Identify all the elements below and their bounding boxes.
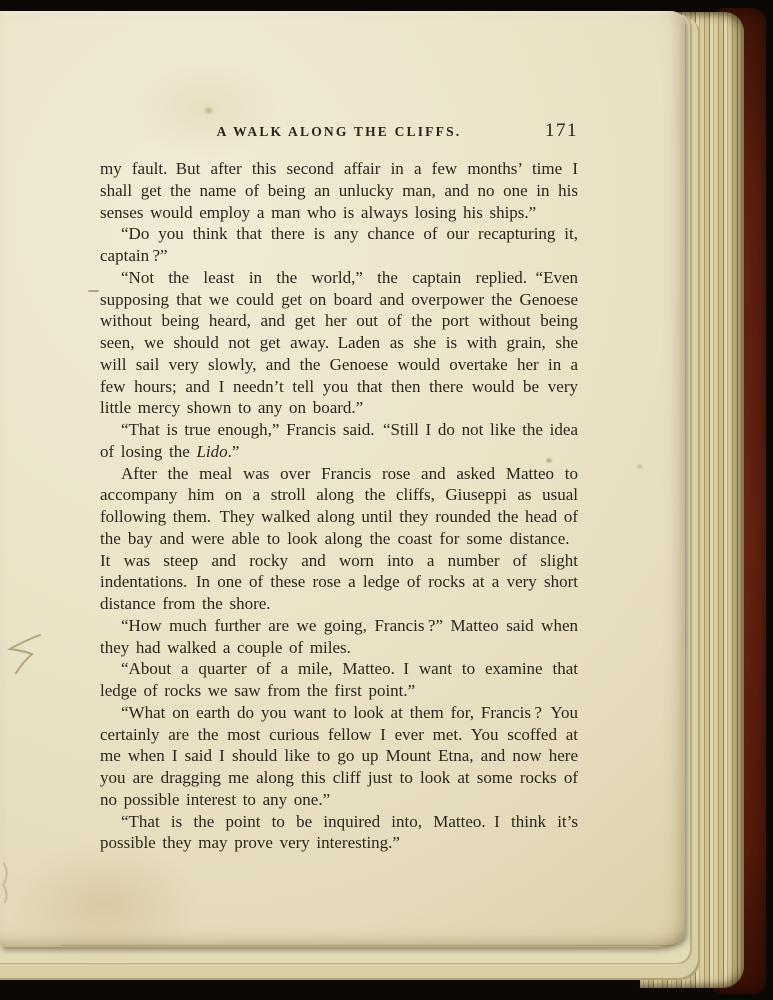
text-segment: “Not the least in the world,” the captai… [100, 268, 578, 418]
ink-speck [203, 106, 214, 115]
paragraph: After the meal was over Francis rose and… [100, 463, 578, 615]
running-title: A WALK ALONG THE CLIFFS. [217, 124, 462, 139]
paragraph: “That is the point to be inquired into, … [100, 811, 578, 855]
paragraph: “What on earth do you want to look at th… [100, 702, 578, 811]
text-segment: “How much further are we going, Francis … [100, 616, 578, 657]
text-segment: “About a quarter of a mile, Matteo. I wa… [100, 659, 578, 700]
italic-text: Lido [196, 442, 227, 461]
text-segment: After the meal was over Francis rose and… [100, 464, 578, 614]
ink-speck [636, 463, 643, 470]
text-body: my fault. But after this second affair i… [100, 158, 578, 854]
text-segment: “That is the point to be inquired into, … [100, 812, 578, 853]
text-segment: “Do you think that there is any chance o… [100, 224, 578, 265]
text-segment: .” [228, 442, 240, 461]
pencil-edge-mark [0, 859, 20, 905]
book-page: A WALK ALONG THE CLIFFS. 171 my fault. B… [0, 11, 685, 947]
text-segment: “What on earth do you want to look at th… [100, 703, 578, 809]
paragraph: “How much further are we going, Francis … [100, 615, 578, 659]
pencil-squiggle-mark [2, 629, 48, 683]
paragraph: “Do you think that there is any chance o… [100, 223, 578, 267]
paragraph: “That is true enough,” Francis said. “St… [100, 419, 578, 463]
book-scan: A WALK ALONG THE CLIFFS. 171 my fault. B… [0, 0, 773, 1000]
paragraph: my fault. But after this second affair i… [100, 158, 578, 223]
page-number: 171 [545, 120, 578, 142]
book-scan-photo: { "page": { "header": { "title": "A WALK… [0, 0, 773, 1000]
pencil-dash-mark [88, 290, 99, 292]
paragraph: “About a quarter of a mile, Matteo. I wa… [100, 658, 578, 702]
text-segment: my fault. But after this second affair i… [100, 159, 578, 222]
text-segment: “That is true enough,” Francis said. “St… [100, 420, 578, 461]
running-header: A WALK ALONG THE CLIFFS. 171 [100, 123, 578, 145]
paragraph: “Not the least in the world,” the captai… [100, 267, 578, 419]
page-content: A WALK ALONG THE CLIFFS. 171 my fault. B… [100, 123, 578, 854]
